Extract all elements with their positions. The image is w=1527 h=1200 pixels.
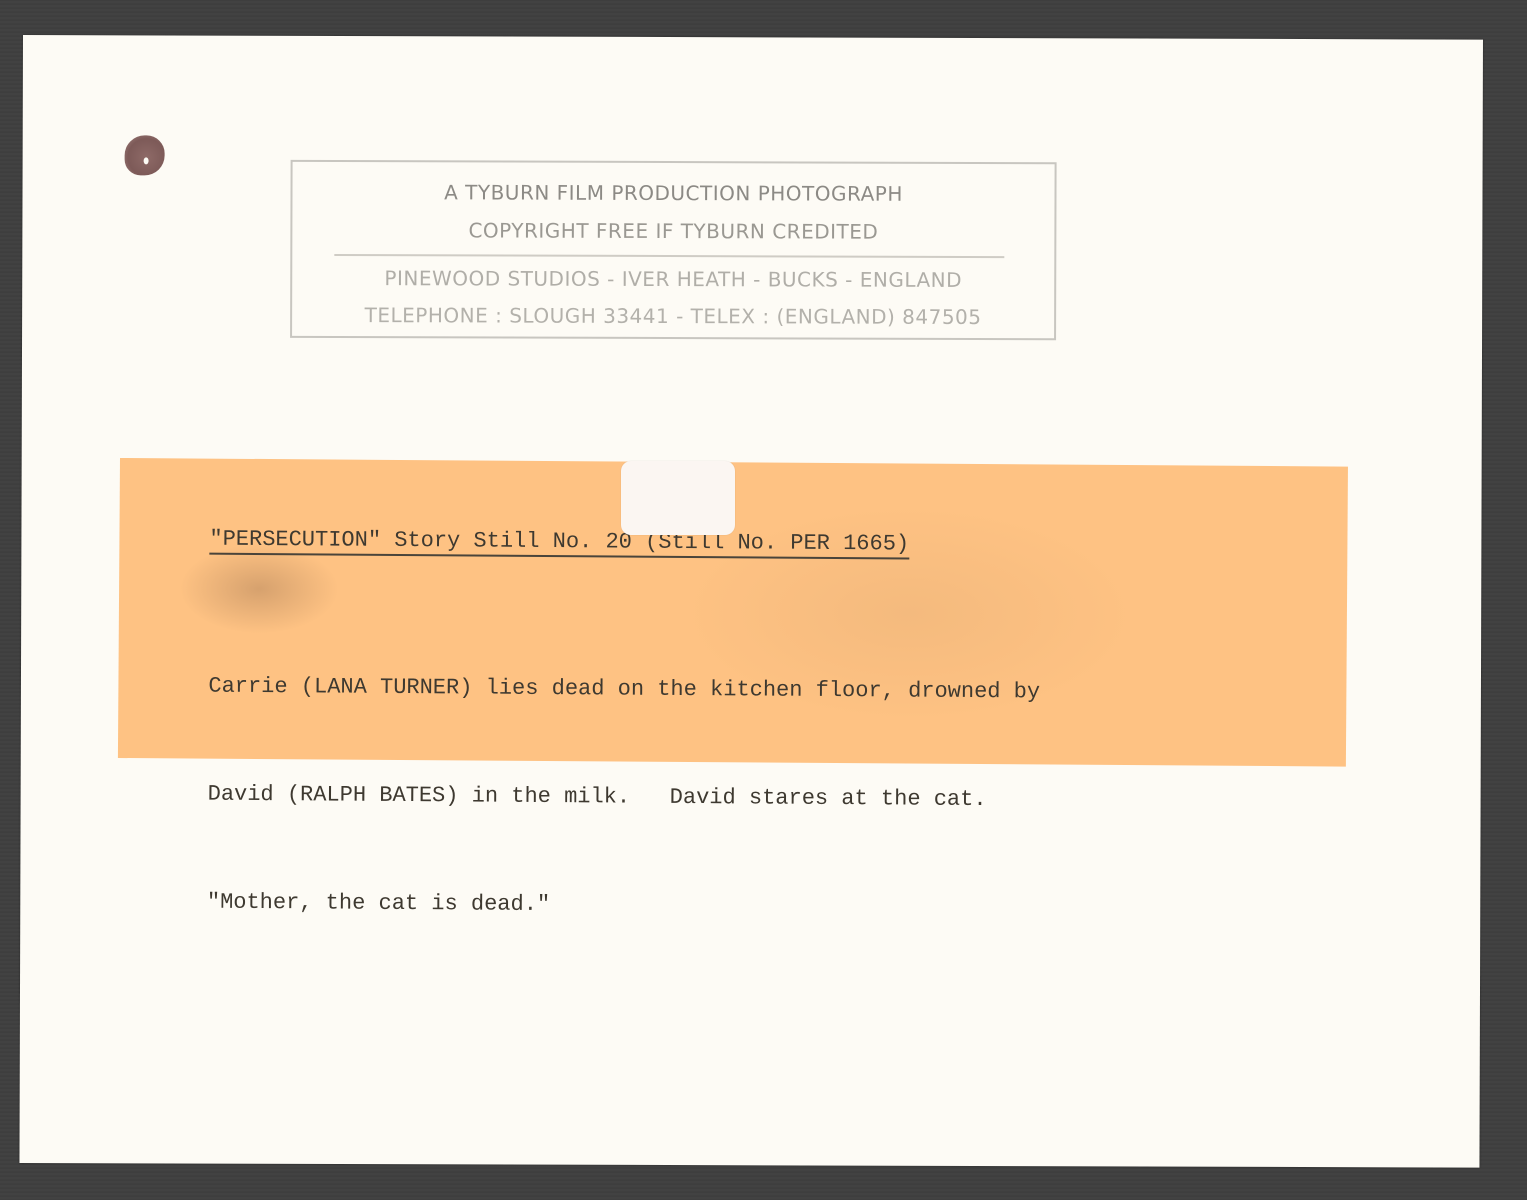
caption-line: Carrie (LANA TURNER) lies dead on the ki… — [208, 669, 1040, 711]
stamp-line-title: A TYBURN FILM PRODUCTION PHOTOGRAPH — [292, 182, 1054, 204]
still-heading: "PERSECUTION" Story Still No. 20 (Still … — [209, 527, 909, 560]
white-sticker — [621, 461, 735, 535]
caption-line: David (RALPH BATES) in the milk. David s… — [208, 777, 1040, 819]
stamp-line-copyright: COPYRIGHT FREE IF TYBURN CREDITED — [292, 220, 1054, 242]
studio-stamp: A TYBURN FILM PRODUCTION PHOTOGRAPH COPY… — [290, 160, 1057, 340]
stamp-line-address: PINEWOOD STUDIOS - IVER HEATH - BUCKS - … — [292, 268, 1054, 290]
caption-line: "Mother, the cat is dead." — [207, 885, 1039, 927]
stamp-divider — [334, 254, 1004, 258]
stamp-line-telephone: TELEPHONE : SLOUGH 33441 - TELEX : (ENGL… — [292, 305, 1054, 327]
stain-mark — [125, 135, 165, 175]
still-caption: Carrie (LANA TURNER) lies dead on the ki… — [206, 597, 1040, 999]
